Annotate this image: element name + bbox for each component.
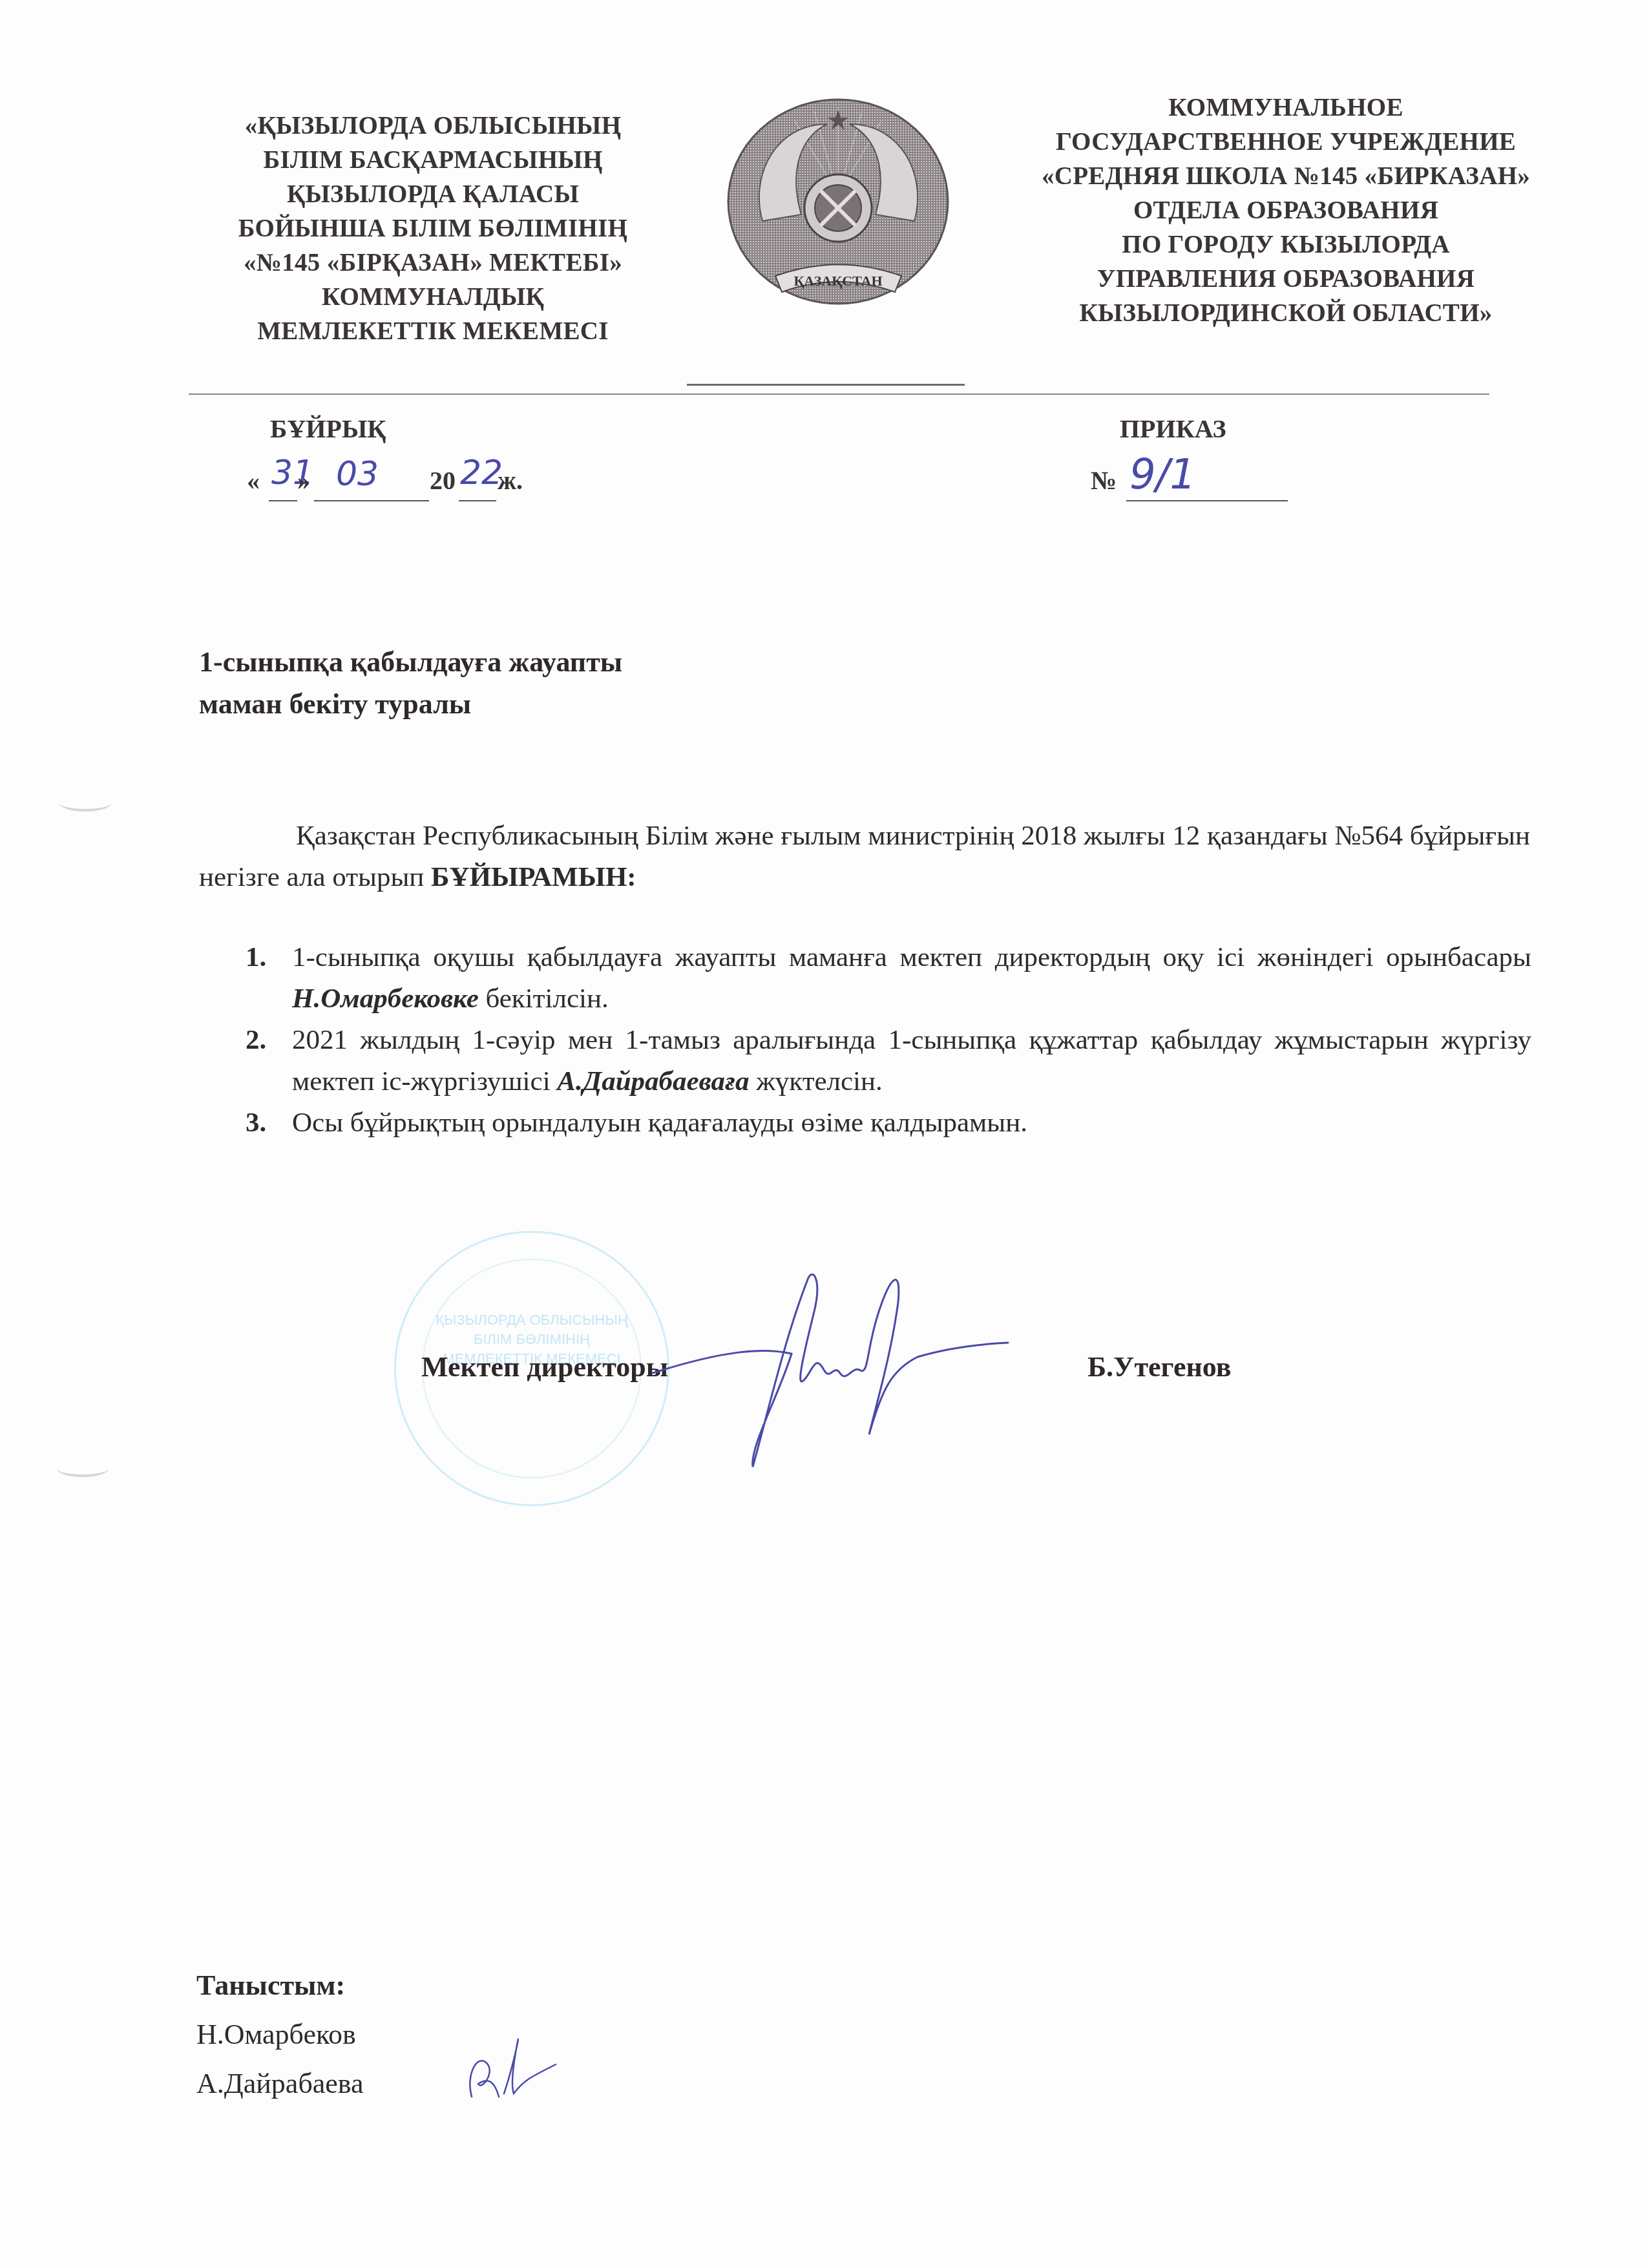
acknowledged-person: Н.Омарбеков <box>196 2010 364 2059</box>
date-month: 03 <box>336 455 379 494</box>
header-kz-line: «№145 «БІРҚАЗАН» МЕКТЕБІ» <box>194 246 672 280</box>
date-year-suffix: 22 <box>460 454 503 492</box>
kazakhstan-state-emblem-icon: ҚАЗАҚСТАН <box>724 98 953 311</box>
acknowledgment-title: Таныстым: <box>196 1961 364 2010</box>
date-close-quote: » <box>297 465 310 496</box>
order-item-text-end: жүктелсін. <box>749 1066 882 1097</box>
number-value: 9/1 <box>1129 451 1196 499</box>
header-kz-line: ҚЫЗЫЛОРДА ҚАЛАСЫ <box>194 177 672 211</box>
order-number: № 9/1 <box>1091 452 1362 504</box>
order-item-person: Н.Омарбековке <box>292 983 479 1014</box>
order-item-number: 3. <box>246 1102 266 1144</box>
director-signature-icon <box>646 1241 1060 1473</box>
emblem-ribbon-text: ҚАЗАҚСТАН <box>793 273 882 289</box>
punch-hole-mark <box>57 1460 109 1477</box>
punch-hole-mark <box>59 795 111 812</box>
order-item-text: Осы бұйрықтың орындалуын қадағалауды өзі… <box>292 1108 1027 1138</box>
order-date: « 31 » 03 20 22 ж. <box>226 452 678 504</box>
date-year-underline <box>459 500 496 501</box>
header-kz-line: БІЛІМ БАСҚАРМАСЫНЫҢ <box>194 143 672 177</box>
header-kz-line: БОЙЫНША БІЛІМ БӨЛІМІНІҢ <box>194 211 672 246</box>
header-ru-line: ОТДЕЛА ОБРАЗОВАНИЯ <box>989 193 1583 227</box>
header-russian: КОММУНАЛЬНОЕ ГОСУДАРСТВЕННОЕ УЧРЕЖДЕНИЕ … <box>989 90 1583 330</box>
order-item-text: 1-сыныпқа оқушы қабылдауға жауапты маман… <box>292 942 1531 972</box>
order-label-ru: ПРИКАЗ <box>1120 414 1226 444</box>
preamble-paragraph: Қазақстан Республикасының Білім және ғыл… <box>199 815 1530 898</box>
acknowledged-person: А.Дайрабаева <box>196 2059 364 2108</box>
header-ru-line: КЫЗЫЛОРДИНСКОЙ ОБЛАСТИ» <box>989 296 1583 330</box>
subject-line-1: 1-сыныпқа қабылдауға жауапты <box>199 641 622 683</box>
order-item-number: 2. <box>246 1020 266 1061</box>
acknowledgment-block: Таныстым: Н.Омарбеков А.Дайрабаева <box>196 1961 364 2108</box>
header-kz-line: «ҚЫЗЫЛОРДА ОБЛЫСЫНЫҢ <box>194 109 672 143</box>
order-subject: 1-сыныпқа қабылдауға жауапты маман бекіт… <box>199 641 622 725</box>
header-kz-line: КОММУНАЛДЫҚ <box>194 280 672 314</box>
order-item-text-end: бекітілсін. <box>479 983 609 1014</box>
order-item-person: А.Дайрабаеваға <box>557 1066 749 1097</box>
date-year-prefix: 20 <box>430 465 456 496</box>
header-kz-line: МЕМЛЕКЕТТІК МЕКЕМЕСІ <box>194 314 672 348</box>
signatory-title: Мектеп директоры <box>421 1350 668 1383</box>
header-ru-line: КОММУНАЛЬНОЕ <box>989 90 1583 125</box>
signatory-name: Б.Утегенов <box>1087 1350 1231 1383</box>
date-day-underline <box>269 500 297 501</box>
date-open-quote: « <box>247 465 260 496</box>
header-ru-line: ГОСУДАРСТВЕННОЕ УЧРЕЖДЕНИЕ <box>989 125 1583 159</box>
header-kazakh: «ҚЫЗЫЛОРДА ОБЛЫСЫНЫҢ БІЛІМ БАСҚАРМАСЫНЫҢ… <box>194 109 672 348</box>
header-divider-short <box>687 384 965 386</box>
order-item: 1. 1-сыныпқа оқушы қабылдауға жауапты ма… <box>246 937 1531 1020</box>
header-divider <box>189 394 1489 395</box>
order-label-kz: БҰЙРЫҚ <box>270 414 386 444</box>
order-item: 3. Осы бұйрықтың орындалуын қадағалауды … <box>246 1102 1531 1144</box>
order-item-text: 2021 жылдың 1-сәуір мен 1-тамыз аралығын… <box>292 1025 1531 1097</box>
date-year-unit: ж. <box>498 465 523 496</box>
number-symbol: № <box>1091 465 1117 496</box>
date-month-underline <box>314 500 429 501</box>
header-ru-line: «СРЕДНЯЯ ШКОЛА №145 «БИРКАЗАН» <box>989 159 1583 193</box>
order-item-number: 1. <box>246 937 266 978</box>
initials-signature-icon <box>459 2035 569 2106</box>
order-items-list: 1. 1-сыныпқа оқушы қабылдауға жауапты ма… <box>246 937 1531 1144</box>
preamble-text: Қазақстан Республикасының Білім және ғыл… <box>199 821 1530 892</box>
header-ru-line: УПРАВЛЕНИЯ ОБРАЗОВАНИЯ <box>989 262 1583 296</box>
header-ru-line: ПО ГОРОДУ КЫЗЫЛОРДА <box>989 227 1583 262</box>
directive-text: БҰЙЫРАМЫН: <box>431 862 636 892</box>
order-item: 2. 2021 жылдың 1-сәуір мен 1-тамыз аралы… <box>246 1020 1531 1102</box>
subject-line-2: маман бекіту туралы <box>199 683 622 725</box>
number-underline <box>1126 500 1288 501</box>
